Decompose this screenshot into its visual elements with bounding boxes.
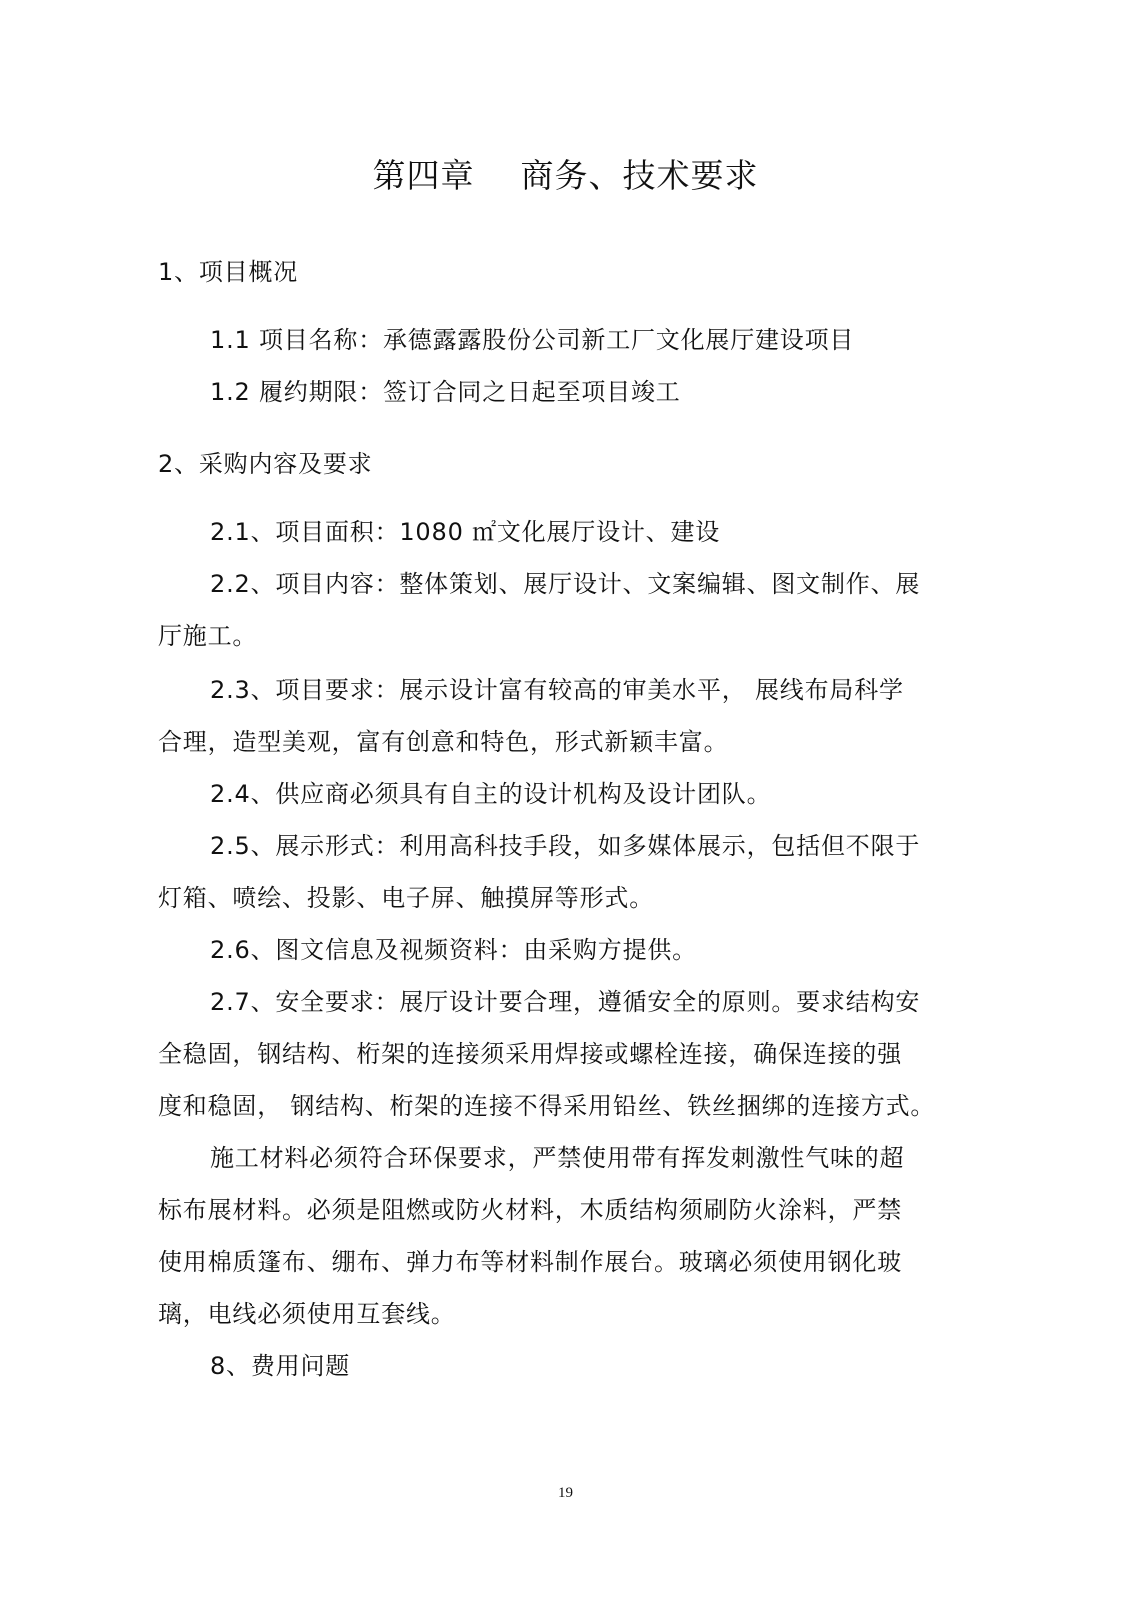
item-materials-provided: 2.6、图文信息及视频资料：由采购方提供。 — [210, 932, 697, 968]
item-performance-period: 1.2 履约期限：签订合同之日起至项目竣工 — [210, 374, 681, 410]
item-display-forms-cont: 灯箱、喷绘、投影、电子屏、触摸屏等形式。 — [158, 880, 654, 916]
item-project-content: 2.2、项目内容：整体策划、展厅设计、文案编辑、图文制作、展 — [210, 566, 920, 602]
item-display-forms: 2.5、展示形式：利用高科技手段，如多媒体展示，包括但不限于 — [210, 828, 920, 864]
item-safety-requirements: 2.7、安全要求：展厅设计要合理，遵循安全的原则。要求结构安 — [210, 984, 920, 1020]
item-project-requirements: 2.3、项目要求：展示设计富有较高的审美水平， 展线布局科学 — [210, 672, 904, 708]
item-cost-issues: 8、费用问题 — [210, 1348, 350, 1384]
item-supplier-design-team: 2.4、供应商必须具有自主的设计机构及设计团队。 — [210, 776, 771, 812]
item-project-name: 1.1 项目名称：承德露露股份公司新工厂文化展厅建设项目 — [210, 322, 854, 358]
chapter-title: 第四章 商务、技术要求 — [0, 152, 1131, 200]
paragraph-construction-materials-cont-2: 使用棉质篷布、绷布、弹力布等材料制作展台。玻璃必须使用钢化玻 — [158, 1244, 902, 1280]
page-number: 19 — [0, 1483, 1131, 1503]
section-heading-project-overview: 1、项目概况 — [158, 254, 298, 290]
paragraph-construction-materials-cont-1: 标布展材料。必须是阻燃或防火材料，木质结构须刷防火涂料，严禁 — [158, 1192, 902, 1228]
item-project-area: 2.1、项目面积：1080 ㎡文化展厅设计、建设 — [210, 514, 720, 550]
item-safety-requirements-cont-1: 全稳固，钢结构、桁架的连接须采用焊接或螺栓连接，确保连接的强 — [158, 1036, 902, 1072]
section-heading-procurement: 2、采购内容及要求 — [158, 446, 372, 482]
paragraph-construction-materials: 施工材料必须符合环保要求，严禁使用带有挥发刺激性气味的超 — [210, 1140, 904, 1176]
document-page: 第四章 商务、技术要求 1、项目概况 1.1 项目名称：承德露露股份公司新工厂文… — [0, 0, 1131, 1600]
item-safety-requirements-cont-2: 度和稳固， 钢结构、桁架的连接不得采用铅丝、铁丝捆绑的连接方式。 — [158, 1088, 935, 1124]
item-project-content-cont: 厅施工。 — [158, 618, 257, 654]
paragraph-construction-materials-cont-3: 璃，电线必须使用互套线。 — [158, 1296, 456, 1332]
item-project-requirements-cont: 合理，造型美观，富有创意和特色，形式新颖丰富。 — [158, 724, 728, 760]
